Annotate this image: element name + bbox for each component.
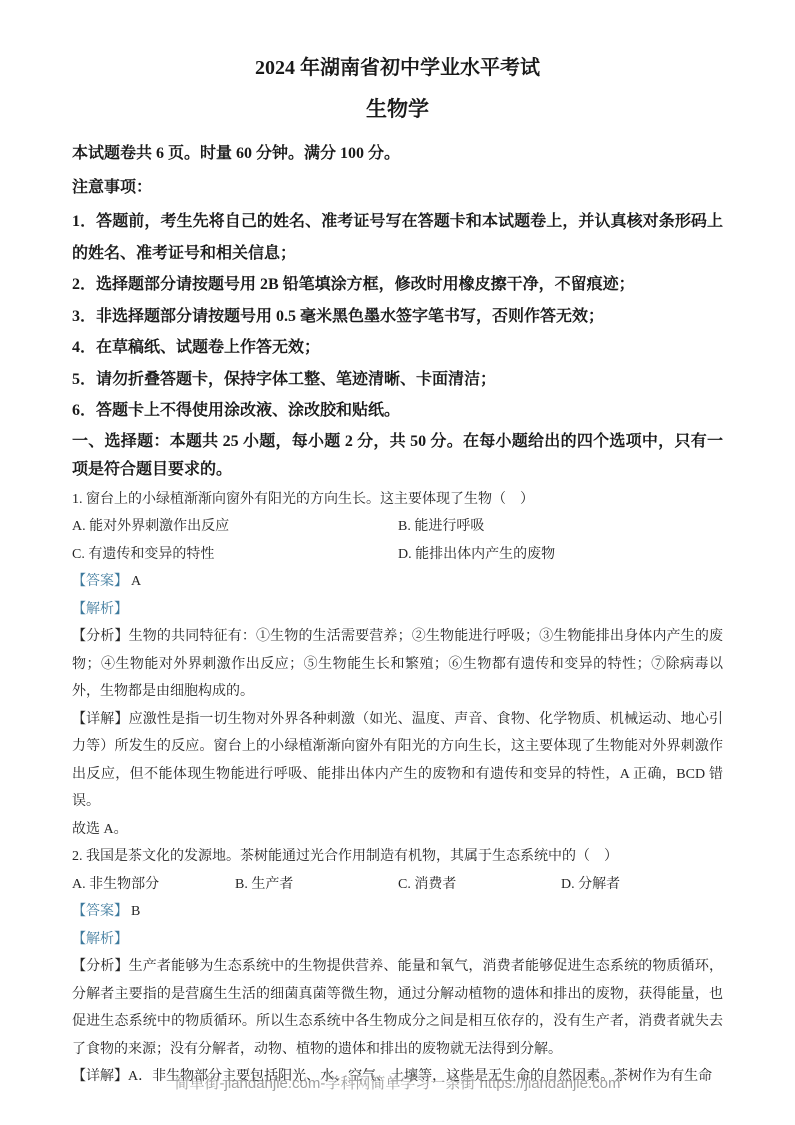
analysis-label: 【解析】 — [72, 602, 128, 617]
option-a: A. 能对外界刺激作出反应 — [72, 513, 398, 541]
options-row: C. 有遗传和变异的特性 D. 能排出体内产生的废物 — [72, 541, 723, 569]
option-d: D. 能排出体内产生的废物 — [398, 541, 723, 569]
note-item: 5．请勿折叠答题卡，保持字体工整、笔迹清晰、卡面清洁； — [72, 364, 723, 396]
analysis-paragraph: 【分析】生产者能够为生态系统中的生物提供营养、能量和氧气，消费者能够促进生态系统… — [72, 953, 723, 1063]
answer-value: A — [128, 574, 141, 589]
question-stem: 2. 我国是茶文化的发源地。茶树能通过光合作用制造有机物，其属于生态系统中的（ … — [72, 843, 723, 871]
option-b: B. 生产者 — [235, 871, 398, 899]
exam-paper-page: 2024 年湖南省初中学业水平考试 生物学 本试题卷共 6 页。时量 60 分钟… — [0, 0, 795, 1125]
section-heading: 一、选择题：本题共 25 小题，每小题 2 分，共 50 分。在每小题给出的四个… — [72, 428, 723, 485]
note-item: 1．答题前，考生先将自己的姓名、准考证号写在答题卡和本试题卷上，并认真核对条形码… — [72, 206, 723, 269]
notes-list: 1．答题前，考生先将自己的姓名、准考证号写在答题卡和本试题卷上，并认真核对条形码… — [72, 206, 723, 427]
options-row: A. 非生物部分 B. 生产者 C. 消费者 D. 分解者 — [72, 871, 723, 899]
subject-title: 生物学 — [72, 99, 723, 120]
answer-line: 【答案】A — [72, 568, 723, 596]
exam-info-line: 本试题卷共 6 页。时量 60 分钟。满分 100 分。 — [72, 145, 723, 162]
answer-value: B — [128, 904, 140, 919]
page-content: 2024 年湖南省初中学业水平考试 生物学 本试题卷共 6 页。时量 60 分钟… — [0, 0, 795, 1091]
analysis-label: 【解析】 — [72, 932, 128, 947]
note-item: 2．选择题部分请按题号用 2B 铅笔填涂方框，修改时用橡皮擦干净，不留痕迹； — [72, 269, 723, 301]
option-c: C. 有遗传和变异的特性 — [72, 541, 398, 569]
note-item: 4．在草稿纸、试题卷上作答无效； — [72, 332, 723, 364]
watermark-footer: 简单街-jiandanjie.com-学科网简单学习一条街 https://ji… — [0, 1074, 795, 1094]
option-c: C. 消费者 — [398, 871, 561, 899]
note-item: 3．非选择题部分请按题号用 0.5 毫米黑色墨水签字笔书写，否则作答无效； — [72, 301, 723, 333]
answer-line: 【答案】B — [72, 898, 723, 926]
option-a: A. 非生物部分 — [72, 871, 235, 899]
question-stem: 1. 窗台上的小绿植渐渐向窗外有阳光的方向生长。这主要体现了生物（ ） — [72, 486, 723, 514]
option-b: B. 能进行呼吸 — [398, 513, 723, 541]
answer-label: 【答案】 — [72, 574, 128, 589]
note-item: 6．答题卡上不得使用涂改液、涂改胶和贴纸。 — [72, 395, 723, 427]
options-row: A. 能对外界刺激作出反应 B. 能进行呼吸 — [72, 513, 723, 541]
analysis-label-line: 【解析】 — [72, 596, 723, 624]
answer-label: 【答案】 — [72, 904, 128, 919]
notes-header: 注意事项： — [72, 179, 723, 196]
conclusion-line: 故选 A。 — [72, 816, 723, 844]
exam-title: 2024 年湖南省初中学业水平考试 — [72, 0, 723, 78]
analysis-paragraph: 【分析】生物的共同特征有：①生物的生活需要营养；②生物能进行呼吸；③生物能排出身… — [72, 623, 723, 706]
questions-area: 1. 窗台上的小绿植渐渐向窗外有阳光的方向生长。这主要体现了生物（ ） A. 能… — [72, 486, 723, 1091]
option-d: D. 分解者 — [561, 871, 723, 899]
analysis-label-line: 【解析】 — [72, 926, 723, 954]
detail-paragraph: 【详解】应激性是指一切生物对外界各种刺激（如光、温度、声音、食物、化学物质、机械… — [72, 706, 723, 816]
